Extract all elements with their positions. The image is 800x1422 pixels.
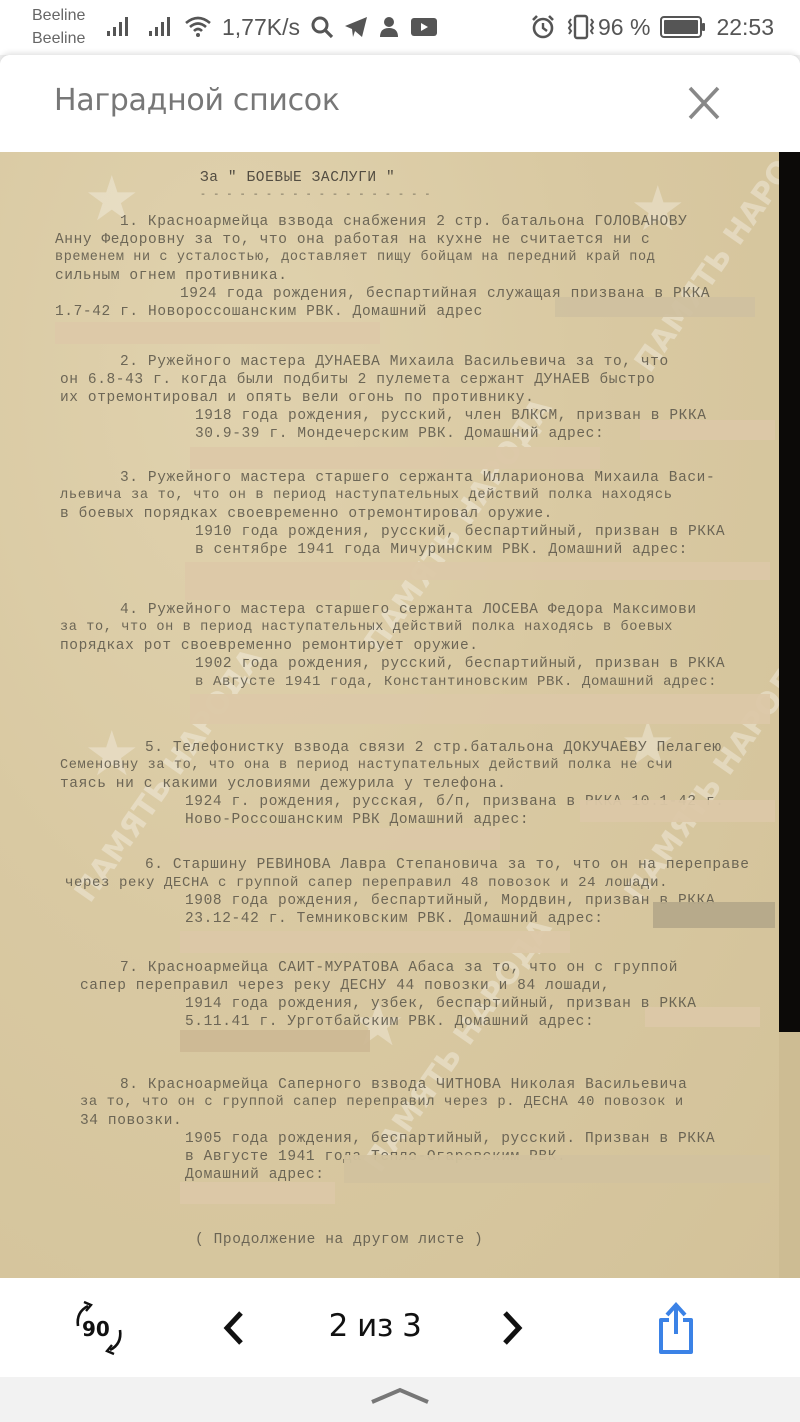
close-button[interactable] xyxy=(684,83,724,123)
previous-page-button[interactable] xyxy=(212,1306,256,1350)
entry-line: в боевых порядках своевременно отремонти… xyxy=(60,506,553,522)
viewer-header: Наградной список xyxy=(0,55,800,152)
redacted-address xyxy=(180,1182,335,1204)
document-image[interactable]: ★ ★ ★ ★ ★ ПАМЯТЬ НАРОДА ПАМЯТЬ НАРОДА ПА… xyxy=(0,152,800,1278)
entry-line: сапер переправил через реку ДЕСНУ 44 пов… xyxy=(80,978,610,994)
telegram-icon xyxy=(344,16,368,38)
redacted-address xyxy=(555,297,755,317)
entry-line: Семеновну за то, что она в период наступ… xyxy=(60,758,673,773)
entry-line: 3. Ружейного мастера старшего сержанта И… xyxy=(120,470,715,486)
entry-line: порядках рот своевременно ремонтирует ор… xyxy=(60,638,479,654)
entry-line: 30.9-39 г. Мондечерским РВК. Домашний ад… xyxy=(195,426,604,442)
alarm-icon xyxy=(530,14,556,40)
redacted-address xyxy=(185,580,350,600)
page-indicator: 2 из 3 xyxy=(300,1308,450,1344)
entry-line: 1902 года рождения, русский, беспартийны… xyxy=(195,656,725,672)
network-speed: 1,77K/s xyxy=(222,14,300,41)
redacted-address xyxy=(653,902,775,928)
redacted-address xyxy=(180,931,570,953)
redacted-address xyxy=(344,1155,770,1183)
entry-line: в сентябре 1941 года Мичуринским РВК. До… xyxy=(195,542,688,558)
document-heading: За " БОЕВЫЕ ЗАСЛУГИ " xyxy=(200,170,395,186)
rotate-button[interactable]: 90 xyxy=(66,1300,130,1356)
redacted-address xyxy=(55,322,380,344)
entry-line: 5.11.41 г. Урготбайским РВК. Домашний ад… xyxy=(185,1014,594,1030)
entry-line: в Августе 1941 года, Константиновским РВ… xyxy=(195,674,717,690)
entry-line: 1918 года рождения, русский, член ВЛКСМ,… xyxy=(195,408,707,424)
chevron-right-icon xyxy=(500,1310,524,1346)
scanned-paper: ★ ★ ★ ★ ★ ПАМЯТЬ НАРОДА ПАМЯТЬ НАРОДА ПА… xyxy=(0,152,779,1278)
redacted-address xyxy=(190,447,600,469)
scan-edge-lower xyxy=(779,1032,800,1278)
entry-line: 7. Красноармейца САИТ-МУРАТОВА Абаса за … xyxy=(120,960,678,976)
share-button[interactable] xyxy=(650,1298,702,1358)
entry-line: временем ни с усталостью, доставляет пищ… xyxy=(55,250,655,265)
heading-underline: - - - - - - - - - - - - - - - - - - xyxy=(200,190,431,201)
page-title: Наградной список xyxy=(54,83,340,118)
redacted-address xyxy=(180,1030,370,1052)
entry-line: их отремонтировал и опять вели огонь по … xyxy=(60,390,534,406)
entry-line: Ново-Россошанским РВК Домашний адрес: xyxy=(185,812,529,828)
search-icon xyxy=(310,15,334,39)
carrier-names: Beeline Beeline xyxy=(32,4,85,50)
entry-line: 1905 года рождения, беспартийный, русски… xyxy=(185,1131,715,1147)
entry-line: он 6.8-43 г. когда были подбиты 2 пулеме… xyxy=(60,372,655,388)
bottom-sheet-handle[interactable] xyxy=(0,1377,800,1422)
chevron-up-icon xyxy=(370,1385,430,1405)
share-icon xyxy=(656,1301,696,1355)
entry-line: 8. Красноармейца Саперного взвода ЧИТНОВ… xyxy=(120,1077,687,1093)
signal-icon xyxy=(106,16,132,38)
entry-line: за то, что он в период наступательных де… xyxy=(60,620,673,635)
entry-line: 4. Ружейного мастера старшего сержанта Л… xyxy=(120,602,697,618)
rotate-90-icon: 90 xyxy=(66,1300,130,1356)
redacted-address xyxy=(185,562,770,580)
chevron-left-icon xyxy=(222,1310,246,1346)
carrier-1: Beeline xyxy=(32,4,85,27)
entry-line: 6. Старшину РЕВИНОВА Лавра Степановича з… xyxy=(145,857,750,873)
entry-line: 1. Красноармейца взвода снабжения 2 стр.… xyxy=(120,214,687,230)
person-icon xyxy=(378,16,400,38)
wifi-icon xyxy=(184,16,212,38)
entry-line: за то, что он с группой сапер переправил… xyxy=(80,1095,684,1110)
entry-line: 34 повозки. xyxy=(80,1113,182,1129)
viewer-toolbar: 90 2 из 3 xyxy=(0,1278,800,1377)
battery-icon xyxy=(660,15,706,39)
entry-line: 1910 года рождения, русский, беспартийны… xyxy=(195,524,725,540)
entry-line: 5. Телефонистку взвода связи 2 стр.батал… xyxy=(145,740,722,756)
svg-text:90: 90 xyxy=(82,1317,110,1341)
status-bar: Beeline Beeline 1,77K/s xyxy=(0,0,800,55)
close-icon xyxy=(684,83,724,123)
next-page-button[interactable] xyxy=(490,1306,534,1350)
entry-line: сильным огнем противника. xyxy=(55,268,288,284)
entry-line: таясь ни с какими условиями дежурила у т… xyxy=(60,776,506,792)
document-viewer-sheet: Наградной список ★ ★ ★ ★ ★ ПАМЯТЬ НАРОДА… xyxy=(0,55,800,1377)
redacted-address xyxy=(180,828,500,850)
entry-line: 1.7-42 г. Новороссошанским РВК. Домашний… xyxy=(55,304,483,320)
youtube-icon xyxy=(410,16,438,38)
entry-line: 1908 года рождения, беспартийный, Мордви… xyxy=(185,893,715,909)
carrier-2: Beeline xyxy=(32,27,85,50)
entry-line: Анну Федоровну за то, что она работая на… xyxy=(55,232,650,248)
entry-line: 2. Ружейного мастера ДУНАЕВА Михаила Вас… xyxy=(120,354,669,370)
entry-line: льевича за то, что он в период наступате… xyxy=(60,488,673,503)
entry-line: 23.12-42 г. Темниковским РВК. Домашний а… xyxy=(185,911,604,927)
redacted-address xyxy=(640,420,775,440)
redacted-address xyxy=(190,694,770,724)
redacted-address xyxy=(645,1007,760,1027)
vibrate-icon xyxy=(566,14,596,40)
clock: 22:53 xyxy=(716,14,774,41)
redacted-address xyxy=(580,800,775,822)
entry-line: 1914 года рождения, узбек, беспартийный,… xyxy=(185,996,697,1012)
entry-line: через реку ДЕСНА с группой сапер перепра… xyxy=(65,875,668,891)
battery-percent: 96 % xyxy=(598,14,650,41)
continuation-note: ( Продолжение на другом листе ) xyxy=(195,1232,483,1248)
signal-icon xyxy=(148,16,174,38)
entry-line: Домашний адрес: xyxy=(185,1167,325,1183)
